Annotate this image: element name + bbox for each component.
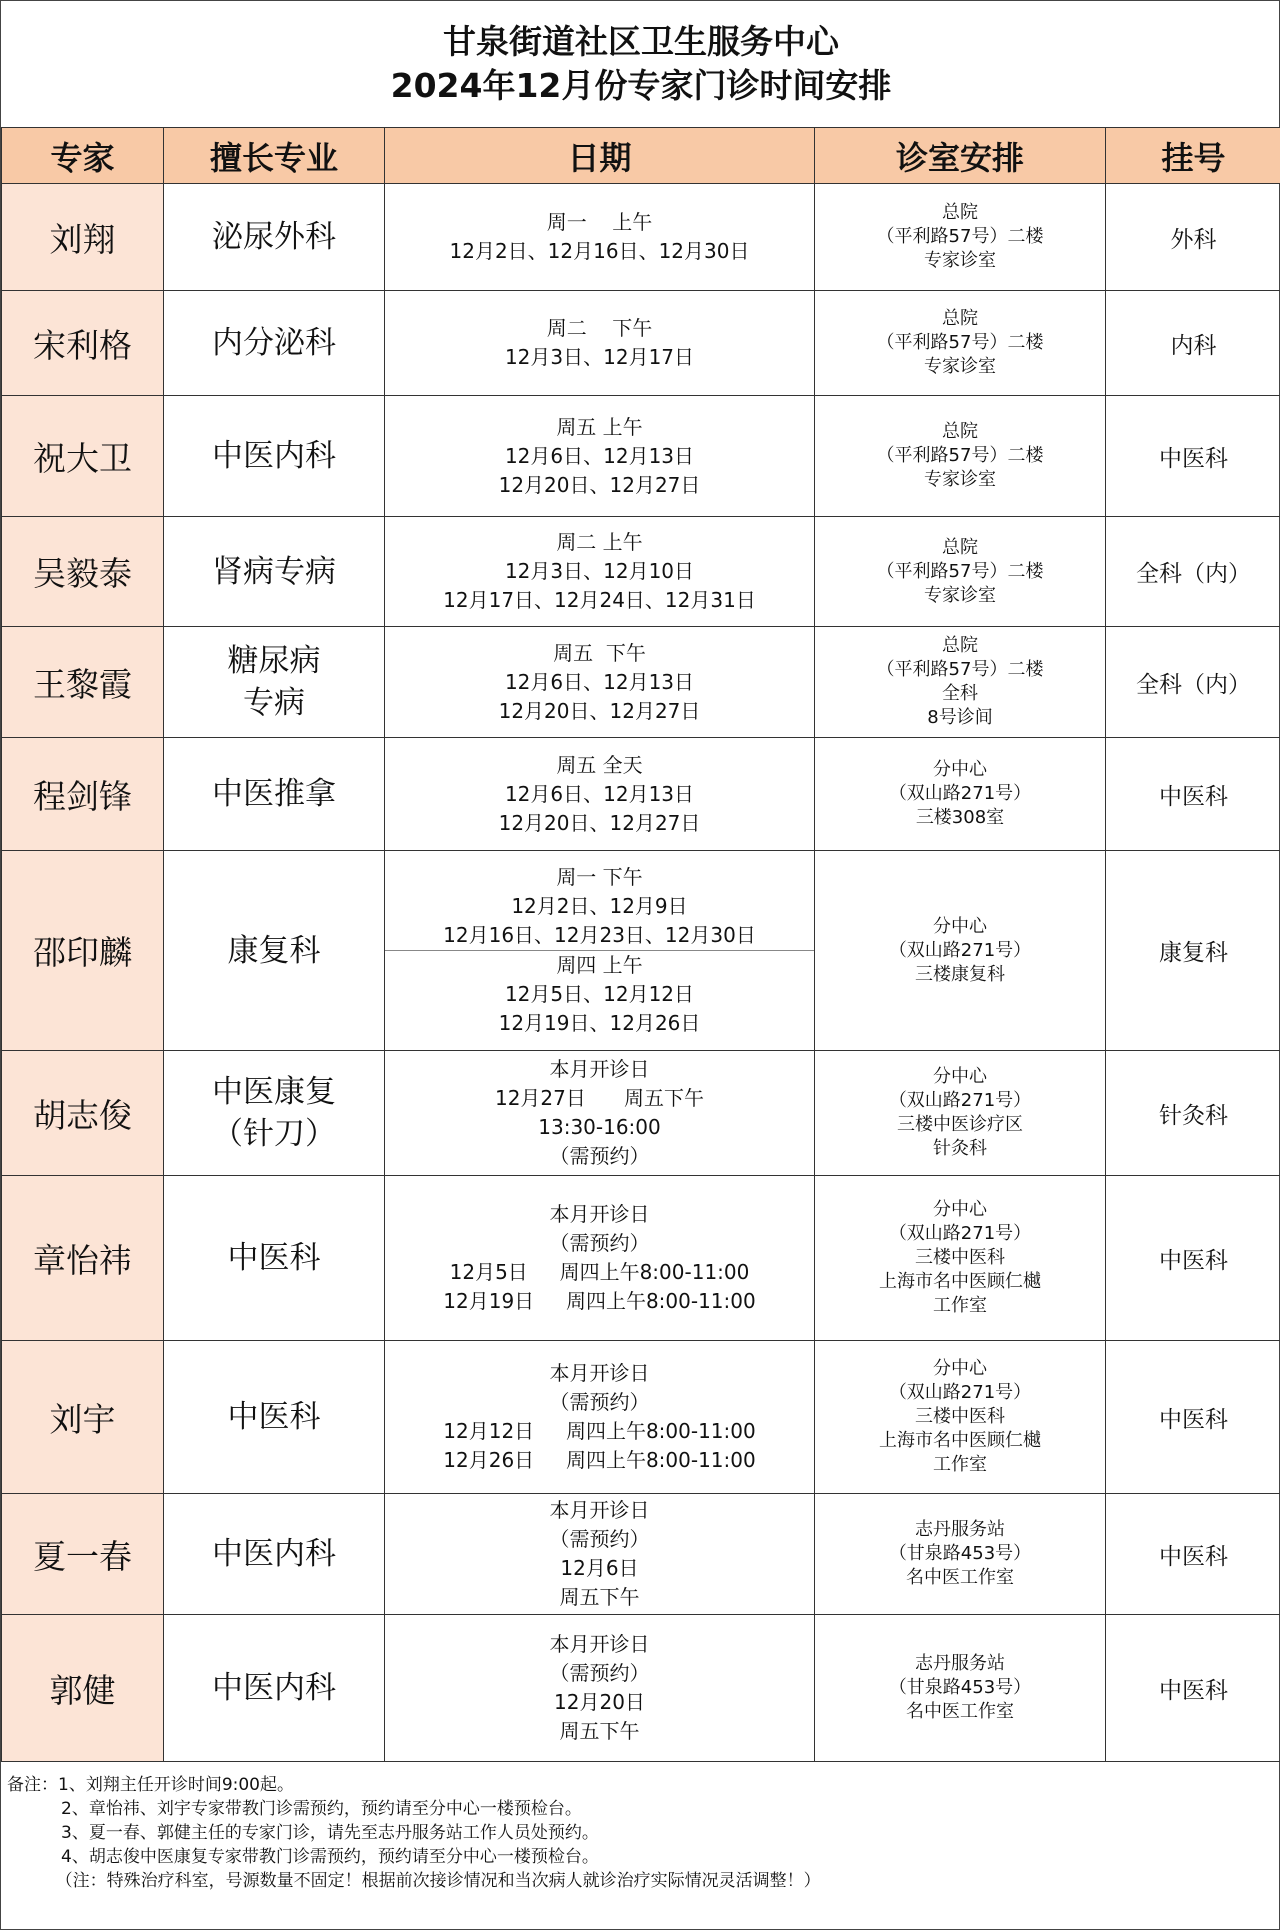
cell-line: （需预约） (385, 1659, 814, 1688)
cell-line: 分中心 (815, 1357, 1105, 1381)
cell-line: 本月开诊日 (385, 1055, 814, 1084)
cell-line: 三楼中医科 (815, 1246, 1105, 1270)
cell-line: （平利路57号）二楼 (815, 225, 1105, 249)
date-cell: 周一 下午12月2日、12月9日12月16日、12月23日、12月30日周四 上… (385, 851, 815, 1051)
registration-cell: 中医科 (1106, 738, 1280, 851)
cell-line: 专家诊室 (815, 584, 1105, 608)
cell-line: 3、夏一春、郭健主任的专家门诊，请先至志丹服务站工作人员处预约。 (7, 1821, 821, 1845)
table-row: 刘宇中医科本月开诊日（需预约）12月12日 周四上午8:00-11:0012月2… (2, 1341, 1280, 1494)
cell-line: 周五下午 (385, 1717, 814, 1746)
registration-cell: 全科（内） (1106, 517, 1280, 627)
expert-name: 宋利格 (2, 291, 164, 396)
cell-line: （平利路57号）二楼 (815, 444, 1105, 468)
cell-line: 中医内科 (164, 435, 384, 477)
date-cell: 本月开诊日（需预约）12月20日周五下午 (385, 1615, 815, 1762)
expert-name: 胡志俊 (2, 1051, 164, 1176)
date-cell: 本月开诊日（需预约）12月6日周五下午 (385, 1494, 815, 1615)
room-cell: 分中心（双山路271号）三楼中医诊疗区针灸科 (815, 1051, 1106, 1176)
cell-line: 工作室 (815, 1294, 1105, 1318)
cell-line: 分中心 (815, 1065, 1105, 1089)
cell-line: 三楼中医科 (815, 1405, 1105, 1429)
cell-line: 本月开诊日 (385, 1496, 814, 1525)
room-cell: 分中心（双山路271号）三楼308室 (815, 738, 1106, 851)
room-cell: 分中心（双山路271号）三楼中医科上海市名中医顾仁樾工作室 (815, 1341, 1106, 1494)
registration-cell: 康复科 (1106, 851, 1280, 1051)
cell-line: 12月3日、12月10日 (385, 557, 814, 586)
room-cell: 总院（平利路57号）二楼专家诊室 (815, 184, 1106, 291)
cell-line: 总院 (815, 307, 1105, 331)
specialty-cell: 内分泌科 (164, 291, 385, 396)
cell-line: 专家诊室 (815, 468, 1105, 492)
cell-line: 中医内科 (164, 1533, 384, 1575)
cell-line: 上海市名中医顾仁樾 (815, 1429, 1105, 1453)
date-subcell: 周一 下午12月2日、12月9日12月16日、12月23日、12月30日 (385, 863, 814, 950)
header-row: 专家 擅长专业 日期 诊室安排 挂号 (2, 128, 1280, 184)
cell-line: 分中心 (815, 1198, 1105, 1222)
room-cell: 志丹服务站（甘泉路453号）名中医工作室 (815, 1615, 1106, 1762)
specialty-cell: 泌尿外科 (164, 184, 385, 291)
cell-line: 12月6日、12月13日 (385, 668, 814, 697)
room-cell: 总院（平利路57号）二楼全科8号诊间 (815, 627, 1106, 738)
cell-line: （需预约） (385, 1229, 814, 1258)
cell-line: 8号诊间 (815, 706, 1105, 730)
cell-line: 12月19日 周四上午8:00-11:00 (385, 1287, 814, 1316)
table-row: 郭健中医内科本月开诊日（需预约）12月20日周五下午志丹服务站（甘泉路453号）… (2, 1615, 1280, 1762)
cell-line: 肾病专病 (164, 551, 384, 593)
cell-line: 专家诊室 (815, 249, 1105, 273)
cell-line: （甘泉路453号） (815, 1542, 1105, 1566)
table-row: 胡志俊中医康复（针刀）本月开诊日12月27日 周五下午13:30-16:00（需… (2, 1051, 1280, 1176)
table-row: 程剑锋中医推拿周五 全天12月6日、12月13日12月20日、12月27日分中心… (2, 738, 1280, 851)
cell-line: 中医康复 (164, 1071, 384, 1113)
cell-line: 内分泌科 (164, 322, 384, 364)
cell-line: 志丹服务站 (815, 1518, 1105, 1542)
cell-line: 12月2日、12月9日 (385, 892, 814, 921)
header-room: 诊室安排 (815, 128, 1106, 184)
date-cell: 周二 上午12月3日、12月10日12月17日、12月24日、12月31日 (385, 517, 815, 627)
cell-line: 周二 下午 (385, 314, 814, 343)
cell-line: 三楼308室 (815, 806, 1105, 830)
cell-line: 总院 (815, 201, 1105, 225)
cell-line: （平利路57号）二楼 (815, 658, 1105, 682)
cell-line: 糖尿病 (164, 640, 384, 682)
specialty-cell: 中医科 (164, 1341, 385, 1494)
specialty-cell: 中医内科 (164, 1615, 385, 1762)
cell-line: 中医科 (164, 1396, 384, 1438)
cell-line: 总院 (815, 634, 1105, 658)
cell-line: （双山路271号） (815, 939, 1105, 963)
cell-line: 工作室 (815, 1453, 1105, 1477)
header-registration: 挂号 (1106, 128, 1280, 184)
table-row: 刘翔泌尿外科周一 上午12月2日、12月16日、12月30日总院（平利路57号）… (2, 184, 1280, 291)
cell-line: 总院 (815, 536, 1105, 560)
page-title: 甘泉街道社区卫生服务中心 2024年12月份专家门诊时间安排 (1, 1, 1280, 127)
table-row: 邵印麟康复科周一 下午12月2日、12月9日12月16日、12月23日、12月3… (2, 851, 1280, 1051)
cell-line: 本月开诊日 (385, 1200, 814, 1229)
cell-line: 12月6日 (385, 1554, 814, 1583)
cell-line: 本月开诊日 (385, 1359, 814, 1388)
cell-line: 12月27日 周五下午 (385, 1084, 814, 1113)
date-cell: 周二 下午12月3日、12月17日 (385, 291, 815, 396)
cell-line: 中医推拿 (164, 773, 384, 815)
room-cell: 总院（平利路57号）二楼专家诊室 (815, 517, 1106, 627)
expert-name: 祝大卫 (2, 396, 164, 517)
schedule-page: 甘泉街道社区卫生服务中心 2024年12月份专家门诊时间安排 专家 擅长专业 日… (0, 0, 1280, 1930)
cell-line: 12月20日、12月27日 (385, 471, 814, 500)
date-cell: 周五 全天12月6日、12月13日12月20日、12月27日 (385, 738, 815, 851)
date-cell: 本月开诊日12月27日 周五下午13:30-16:00（需预约） (385, 1051, 815, 1176)
room-cell: 分中心（双山路271号）三楼康复科 (815, 851, 1106, 1051)
specialty-cell: 康复科 (164, 851, 385, 1051)
cell-line: （平利路57号）二楼 (815, 560, 1105, 584)
expert-name: 夏一春 (2, 1494, 164, 1615)
cell-line: 备注：1、刘翔主任开诊时间9:00起。 (7, 1773, 821, 1797)
room-cell: 总院（平利路57号）二楼专家诊室 (815, 396, 1106, 517)
cell-line: （需预约） (385, 1142, 814, 1171)
cell-line: 12月17日、12月24日、12月31日 (385, 586, 814, 615)
registration-cell: 中医科 (1106, 396, 1280, 517)
cell-line: 上海市名中医顾仁樾 (815, 1270, 1105, 1294)
cell-line: 专家诊室 (815, 355, 1105, 379)
cell-line: 12月26日 周四上午8:00-11:00 (385, 1446, 814, 1475)
cell-line: 12月2日、12月16日、12月30日 (385, 237, 814, 266)
registration-cell: 中医科 (1106, 1494, 1280, 1615)
cell-line: 名中医工作室 (815, 1566, 1105, 1590)
table-row: 王黎霞糖尿病专病周五 下午12月6日、12月13日12月20日、12月27日总院… (2, 627, 1280, 738)
header-date: 日期 (385, 128, 815, 184)
cell-line: 分中心 (815, 758, 1105, 782)
cell-line: 周五 全天 (385, 751, 814, 780)
header-expert: 专家 (2, 128, 164, 184)
date-split: 周一 下午12月2日、12月9日12月16日、12月23日、12月30日周四 上… (385, 863, 814, 1038)
cell-line: 4、胡志俊中医康复专家带教门诊需预约，预约请至分中心一楼预检台。 (7, 1845, 821, 1869)
cell-line: 周一 上午 (385, 208, 814, 237)
expert-name: 章怡祎 (2, 1176, 164, 1341)
cell-line: 中医科 (164, 1237, 384, 1279)
cell-line: 周一 下午 (385, 863, 814, 892)
cell-line: 全科 (815, 682, 1105, 706)
cell-line: 12月19日、12月26日 (385, 1009, 814, 1038)
title-line-2: 2024年12月份专家门诊时间安排 (391, 64, 892, 108)
specialty-cell: 中医推拿 (164, 738, 385, 851)
cell-line: 康复科 (164, 930, 384, 972)
room-cell: 分中心（双山路271号）三楼中医科上海市名中医顾仁樾工作室 (815, 1176, 1106, 1341)
cell-line: 12月5日 周四上午8:00-11:00 (385, 1258, 814, 1287)
specialty-cell: 中医科 (164, 1176, 385, 1341)
table-row: 祝大卫中医内科周五 上午12月6日、12月13日12月20日、12月27日总院（… (2, 396, 1280, 517)
date-cell: 周五 下午12月6日、12月13日12月20日、12月27日 (385, 627, 815, 738)
date-subcell: 周四 上午12月5日、12月12日12月19日、12月26日 (385, 950, 814, 1038)
expert-name: 刘宇 (2, 1341, 164, 1494)
expert-name: 刘翔 (2, 184, 164, 291)
specialty-cell: 中医内科 (164, 1494, 385, 1615)
cell-line: （注：特殊治疗科室，号源数量不固定！根据前次接诊情况和当次病人就诊治疗实际情况灵… (7, 1869, 821, 1893)
expert-name: 程剑锋 (2, 738, 164, 851)
title-line-1: 甘泉街道社区卫生服务中心 (443, 20, 839, 64)
cell-line: 三楼康复科 (815, 963, 1105, 987)
registration-cell: 中医科 (1106, 1176, 1280, 1341)
cell-line: 专病 (164, 682, 384, 724)
cell-line: 12月16日、12月23日、12月30日 (385, 921, 814, 950)
cell-line: 12月5日、12月12日 (385, 980, 814, 1009)
table-row: 吴毅泰肾病专病周二 上午12月3日、12月10日12月17日、12月24日、12… (2, 517, 1280, 627)
cell-line: 周四 上午 (385, 951, 814, 980)
registration-cell: 外科 (1106, 184, 1280, 291)
header-specialty: 擅长专业 (164, 128, 385, 184)
cell-line: 志丹服务站 (815, 1652, 1105, 1676)
expert-name: 郭健 (2, 1615, 164, 1762)
specialty-cell: 糖尿病专病 (164, 627, 385, 738)
expert-name: 王黎霞 (2, 627, 164, 738)
registration-cell: 中医科 (1106, 1341, 1280, 1494)
room-cell: 总院（平利路57号）二楼专家诊室 (815, 291, 1106, 396)
cell-line: （针刀） (164, 1113, 384, 1155)
cell-line: 针灸科 (815, 1137, 1105, 1161)
expert-name: 吴毅泰 (2, 517, 164, 627)
cell-line: 12月6日、12月13日 (385, 780, 814, 809)
cell-line: （双山路271号） (815, 782, 1105, 806)
cell-line: 周二 上午 (385, 528, 814, 557)
cell-line: 13:30-16:00 (385, 1113, 814, 1142)
cell-line: 中医内科 (164, 1667, 384, 1709)
cell-line: 周五 上午 (385, 413, 814, 442)
cell-line: （双山路271号） (815, 1222, 1105, 1246)
expert-name: 邵印麟 (2, 851, 164, 1051)
specialty-cell: 肾病专病 (164, 517, 385, 627)
cell-line: 名中医工作室 (815, 1700, 1105, 1724)
schedule-table: 专家 擅长专业 日期 诊室安排 挂号 刘翔泌尿外科周一 上午12月2日、12月1… (1, 127, 1280, 1762)
cell-line: 总院 (815, 420, 1105, 444)
cell-line: （双山路271号） (815, 1381, 1105, 1405)
cell-line: 12月12日 周四上午8:00-11:00 (385, 1417, 814, 1446)
cell-line: 本月开诊日 (385, 1630, 814, 1659)
cell-line: 分中心 (815, 915, 1105, 939)
cell-line: 12月20日、12月27日 (385, 809, 814, 838)
cell-line: （需预约） (385, 1388, 814, 1417)
cell-line: 12月20日 (385, 1688, 814, 1717)
specialty-cell: 中医康复（针刀） (164, 1051, 385, 1176)
cell-line: 三楼中医诊疗区 (815, 1113, 1105, 1137)
room-cell: 志丹服务站（甘泉路453号）名中医工作室 (815, 1494, 1106, 1615)
cell-line: 12月20日、12月27日 (385, 697, 814, 726)
registration-cell: 针灸科 (1106, 1051, 1280, 1176)
cell-line: 泌尿外科 (164, 216, 384, 258)
registration-cell: 内科 (1106, 291, 1280, 396)
cell-line: 12月3日、12月17日 (385, 343, 814, 372)
registration-cell: 全科（内） (1106, 627, 1280, 738)
table-row: 章怡祎中医科本月开诊日（需预约）12月5日 周四上午8:00-11:0012月1… (2, 1176, 1280, 1341)
cell-line: （平利路57号）二楼 (815, 331, 1105, 355)
registration-cell: 中医科 (1106, 1615, 1280, 1762)
cell-line: （双山路271号） (815, 1089, 1105, 1113)
date-cell: 本月开诊日（需预约）12月5日 周四上午8:00-11:0012月19日 周四上… (385, 1176, 815, 1341)
table-row: 夏一春中医内科本月开诊日（需预约）12月6日周五下午志丹服务站（甘泉路453号）… (2, 1494, 1280, 1615)
cell-line: （甘泉路453号） (815, 1676, 1105, 1700)
date-cell: 本月开诊日（需预约）12月12日 周四上午8:00-11:0012月26日 周四… (385, 1341, 815, 1494)
specialty-cell: 中医内科 (164, 396, 385, 517)
cell-line: 2、章怡祎、刘宇专家带教门诊需预约，预约请至分中心一楼预检台。 (7, 1797, 821, 1821)
cell-line: 12月6日、12月13日 (385, 442, 814, 471)
cell-line: （需预约） (385, 1525, 814, 1554)
cell-line: 周五 下午 (385, 639, 814, 668)
table-row: 宋利格内分泌科周二 下午12月3日、12月17日总院（平利路57号）二楼专家诊室… (2, 291, 1280, 396)
date-cell: 周一 上午12月2日、12月16日、12月30日 (385, 184, 815, 291)
notes: 备注：1、刘翔主任开诊时间9:00起。 2、章怡祎、刘宇专家带教门诊需预约，预约… (7, 1773, 821, 1893)
cell-line: 周五下午 (385, 1583, 814, 1612)
date-cell: 周五 上午12月6日、12月13日12月20日、12月27日 (385, 396, 815, 517)
